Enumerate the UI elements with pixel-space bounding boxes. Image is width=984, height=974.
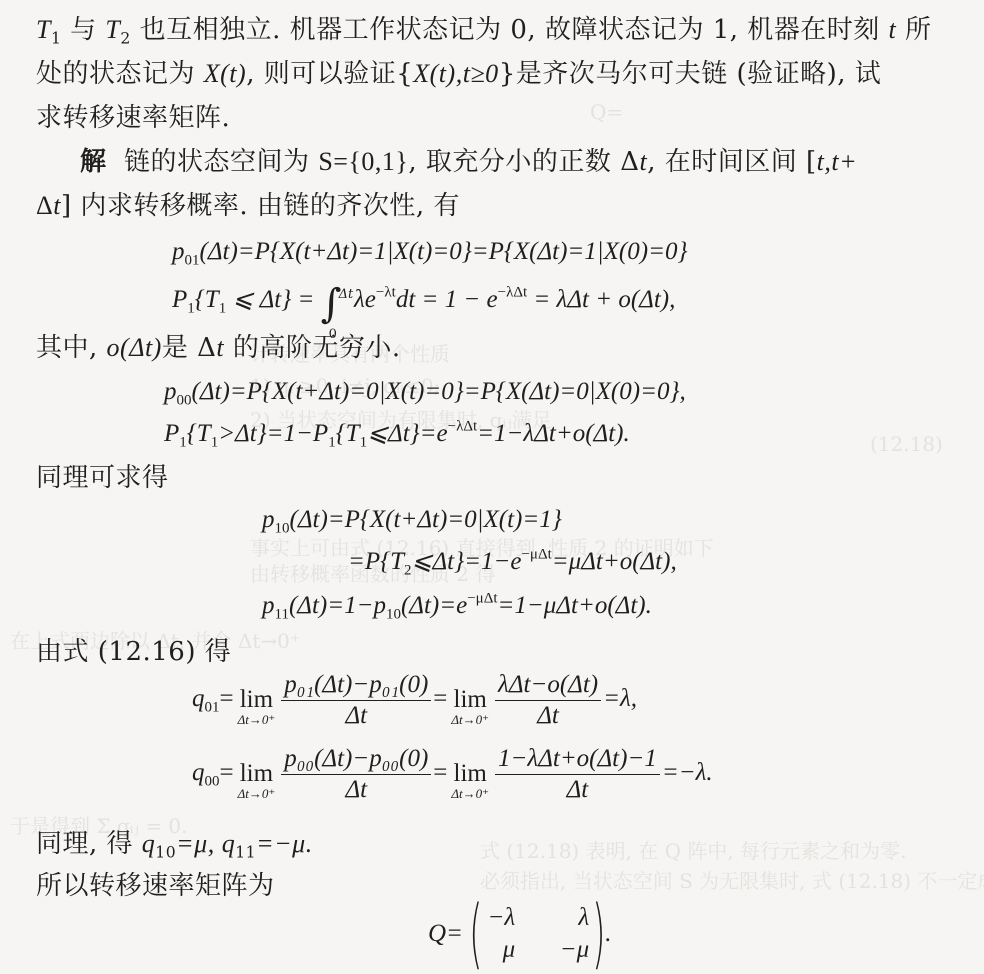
equation-p11: p11(Δt)=1−p10(Δt)=e−μΔt=1−μΔt+o(Δt).	[262, 590, 652, 622]
textbook-page: Q= 计转速率具有两个性质 1) qᵢⱼ≥0, i≠j, qᵢᵢ≤0; 2) 当…	[0, 0, 984, 974]
bleed-through-text: Q=	[590, 100, 623, 124]
matrix: ( −λ λ μ −μ )	[469, 902, 605, 966]
from-equation-line: 由式 (12.16) 得	[36, 636, 231, 668]
matrix-row-0: −λ λ	[485, 902, 589, 934]
equation-p00: p00(Δt)=P{X(t+Δt)=0|X(t)=0}=P{X(Δt)=0|X(…	[164, 376, 686, 408]
solution-label: 解	[80, 147, 107, 177]
fraction: p₀₀(Δt)−p₀₀(0)Δt	[281, 744, 431, 805]
intro-line-1: T1 与 T2 也互相独立. 机器工作状态记为 0, 故障状态记为 1, 机器在…	[36, 14, 932, 46]
fraction: p₀₁(Δt)−p₀₁(0)Δt	[281, 670, 431, 731]
equation-p10-continued: =P{T2⩽Δt}=1−e−μΔt=μΔt+o(Δt),	[348, 546, 677, 578]
bleed-through-text: 式 (12.18) 表明, 在 Q 阵中, 每行元素之和为零.	[480, 835, 906, 864]
limit-operator: limΔt→0⁺	[238, 687, 276, 727]
intro-line-3: 求转移速率矩阵.	[36, 102, 230, 134]
equation-q01: q01=limΔt→0⁺p₀₁(Δt)−p₀₁(0)Δt=limΔt→0⁺λΔt…	[192, 670, 637, 731]
rate-matrix-Q: Q= ( −λ λ μ −μ ) .	[428, 902, 611, 966]
bleed-through-text: 必须指出, 当状态空间 S 为无限集时, 式 (12.18) 不一定成立, 一般…	[480, 865, 984, 894]
limit-operator: limΔt→0⁺	[451, 687, 489, 727]
integral-sign: ∫Δt0	[321, 281, 342, 327]
equation-p1-greater: P1{T1>Δt}=1−P1{T1⩽Δt}=e−λΔt=1−λΔt+o(Δt).	[164, 418, 630, 450]
solution-line-1: 解 链的状态空间为 S={0,1}, 取充分小的正数 Δt, 在时间区间 [t,…	[80, 146, 857, 178]
right-paren: )	[592, 898, 605, 968]
equation-p1-integral: P1{T1 ⩽ Δt} = ∫Δt0 λe−λtdt = 1 − e−λΔt =…	[172, 284, 675, 320]
equation-p01: p01(Δt)=P{X(t+Δt)=1|X(t)=0}=P{X(Δt)=1|X(…	[172, 236, 687, 268]
therefore-line: 所以转移速率矩阵为	[36, 870, 275, 902]
equation-q00: q00=limΔt→0⁺p₀₀(Δt)−p₀₀(0)Δt=limΔt→0⁺1−λ…	[192, 744, 713, 805]
limit-operator: limΔt→0⁺	[238, 761, 276, 801]
where-line: 其中, o(Δt)是 Δt 的高阶无穷小.	[36, 332, 401, 364]
intro-line-2: 处的状态记为 X(t), 则可以验证{X(t),t≥0}是齐次马尔可夫链 (验证…	[36, 58, 881, 90]
fraction: λΔt−o(Δt)Δt	[495, 670, 601, 731]
solution-line-2: Δt] 内求转移概率. 由链的齐次性, 有	[36, 190, 460, 222]
fraction: 1−λΔt+o(Δt)−1Δt	[495, 744, 660, 805]
matrix-row-1: μ −μ	[485, 934, 589, 966]
equation-p10: p10(Δt)=P{X(t+Δt)=0|X(t)=1}	[262, 504, 562, 536]
limit-operator: limΔt→0⁺	[451, 761, 489, 801]
bleed-through-text: (12.18)	[870, 432, 943, 456]
similarly-line: 同理可求得	[36, 462, 169, 494]
similarly-result-line: 同理, 得 q10=μ, q11=−μ.	[36, 828, 313, 860]
left-paren: (	[469, 898, 482, 968]
